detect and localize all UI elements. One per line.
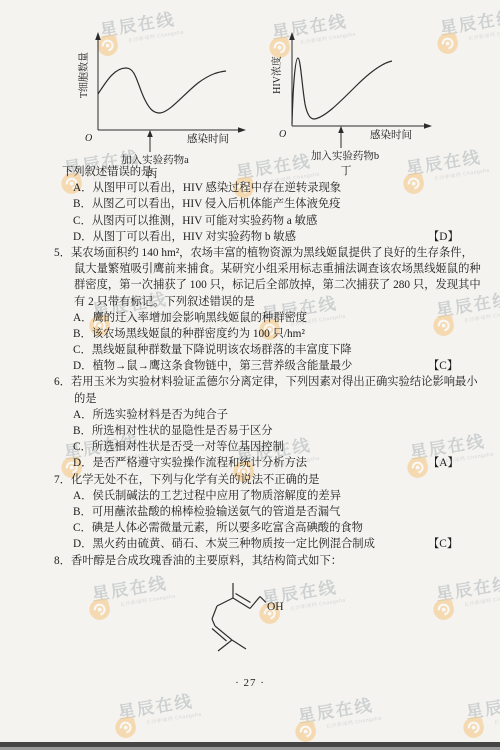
text-line: C．从图丙可以推测，HIV 可能对实验药物 a 敏感 [0, 213, 500, 229]
answer-key: 【A】 [428, 455, 459, 471]
line-text: C．从图丙可以推测，HIV 可能对实验药物 a 敏感 [73, 215, 317, 227]
watermark: 星辰在线 长沙新闻网 Changsha [116, 686, 202, 730]
x-axis-label: 感染时间 [370, 128, 412, 141]
watermark-subtext: 长沙新闻网 Changsha [120, 592, 177, 608]
line-text: C．碘是人体必需微量元素，所以要多吃富含高碘酸的食物 [73, 522, 363, 534]
line-text: 7．化学无处不在，下列与化学有关的说法不正确的是 [54, 474, 319, 486]
exam-page: 星辰在线 长沙新闻网 Changsha 星辰在线 长沙新闻网 Changsha [0, 0, 500, 750]
watermark: 星辰在线 长沙新闻网 Changsha [90, 568, 176, 612]
watermark: 星辰在线 长沙新闻网 Changsha [464, 686, 500, 730]
text-line: C．黑线姬鼠种群数量下降说明该农场群落的丰富度下降 [0, 342, 500, 358]
text-line: B．所选相对性状的显隐性是否易于区分 [0, 423, 500, 439]
y-axis-label: HIV浓度 [270, 56, 283, 94]
brand-logo-icon [433, 28, 464, 63]
hydroxyl-label: OH [267, 601, 284, 613]
text-line: 鼠大量繁殖吸引鹰前来捕食。某研究小组采用标志重捕法调查该农场黑线姬鼠的种 [0, 261, 500, 277]
brand-logo-icon [429, 594, 460, 629]
text-line: D．黑火药由硫黄、硝石、木炭三种物质按一定比例混合制成 【C】 [0, 536, 500, 552]
line-text: B．该农场黑线姬鼠的种群密度约为 100 只/hm² [73, 328, 305, 340]
answer-key: 【C】 [428, 358, 458, 374]
line-text: B．从图乙可以看出，HIV 侵入后机体能产生体液免疫 [73, 198, 340, 210]
y-axis-label: T细胞数量 [77, 52, 90, 98]
figure-bing-tcell-graph: T细胞数量 O 感染时间 加入实验药物a 丙 [76, 30, 251, 185]
text-line: 有 2 只带有标记。下列叙述错误的是 [0, 294, 500, 310]
line-text: A．从图甲可以看出，HIV 感染过程中存在逆转录现象 [73, 182, 341, 194]
line-text: B．所选相对性状的显隐性是否易于区分 [73, 425, 273, 437]
x-axis-label: 感染时间 [187, 132, 229, 145]
text-line: A．鹰的迁入率增加会影响黑线姬鼠的种群密度 [0, 310, 500, 326]
page-number: · 27 · [0, 677, 500, 689]
answer-key: 【C】 [428, 536, 458, 552]
watermark-brand-text: 星辰在线 [464, 686, 500, 724]
text-line: D．从图丁可以看出，HIV 对实验药物 b 敏感 【D】 [0, 229, 500, 245]
line-text: 有 2 只带有标记。下列叙述错误的是 [74, 296, 255, 308]
arrow-up-icon [338, 126, 344, 133]
watermark: 星辰在线 长沙新闻网 Changsha [296, 690, 382, 734]
watermark: 星辰在线 长沙新闻网 Changsha [438, 2, 500, 46]
watermark-subtext: 长沙新闻网 Changsha [468, 26, 500, 42]
line-text: D．是否严格遵守实验操作流程和统计分析方法 [73, 457, 307, 469]
brand-logo-icon [85, 594, 116, 629]
watermark-brand-text: 星辰在线 [90, 568, 175, 606]
watermark-brand-text: 星辰在线 [438, 2, 500, 40]
text-line: D．植物→鼠→鹰这条食物链中，第三营养级含能量最少 【C】 [0, 358, 500, 374]
text-line: 群密度，第一次捕获了 100 只，标记后全部放掉，第二次捕获了 280 只，发现… [0, 277, 500, 293]
question-text-block: 下列叙述错误的是 A．从图甲可以看出，HIV 感染过程中存在逆转录现象 B．从图… [0, 164, 500, 569]
text-line: 7．化学无处不在，下列与化学有关的说法不正确的是 [0, 472, 500, 488]
watermark-brand-text: 星辰在线 [434, 568, 500, 606]
answer-key: 【D】 [428, 229, 459, 245]
watermark-subtext: 长沙新闻网 Changsha [326, 714, 383, 730]
geraniol-structure-diagram: OH [192, 581, 292, 666]
line-text: A．鹰的迁入率增加会影响黑线姬鼠的种群密度 [73, 312, 307, 324]
watermark-subtext: 长沙新闻网 Changsha [290, 596, 347, 612]
watermark-subtext: 长沙新闻网 Changsha [146, 710, 203, 726]
line-text: A．侯氏制碱法的工艺过程中应用了物质溶解度的差异 [73, 490, 341, 502]
origin-label: O [85, 133, 92, 144]
text-line: A．侯氏制碱法的工艺过程中应用了物质溶解度的差异 [0, 488, 500, 504]
text-line: A．所选实验材料是否为纯合子 [0, 407, 500, 423]
line-text: 8．香叶醇是合成玫瑰香油的主要原料，其结构简式如下： [54, 555, 342, 567]
drug-caption: 加入实验药物b [311, 149, 379, 162]
line-text: D．黑火药由硫黄、硝石、木炭三种物质按一定比例混合制成 [73, 538, 375, 550]
text-line: C．碘是人体必需微量元素，所以要多吃富含高碘酸的食物 [0, 520, 500, 536]
text-line: B．该农场黑线姬鼠的种群密度约为 100 只/hm² [0, 326, 500, 342]
watermark-brand-text: 星辰在线 [296, 690, 381, 728]
text-line: B．从图乙可以看出，HIV 侵入后机体能产生体液免疫 [0, 196, 500, 212]
line-text: 的是 [74, 393, 97, 405]
text-line: D．是否严格遵守实验操作流程和统计分析方法 【A】 [0, 455, 500, 471]
text-line: C．所选相对性状是否受一对等位基因控制 [0, 439, 500, 455]
line-text: 鼠大量繁殖吸引鹰前来捕食。某研究小组采用标志重捕法调查该农场黑线姬鼠的种 [74, 263, 481, 275]
line-text: B．可用蘸浓盐酸的棉棒检验输送氨气的管道是否漏气 [73, 506, 340, 518]
watermark-subtext: 长沙新闻网 Changsha [494, 710, 500, 726]
line-text: A．所选实验材料是否为纯合子 [73, 409, 228, 421]
figure-ding-hiv-graph: HIV浓度 O 感染时间 加入实验药物b 丁 [266, 28, 436, 185]
text-line: 8．香叶醇是合成玫瑰香油的主要原料，其结构简式如下： [0, 553, 500, 569]
text-line: B．可用蘸浓盐酸的棉棒检验输送氨气的管道是否漏气 [0, 504, 500, 520]
text-line: 6．若用玉米为实验材料验证孟德尔分离定律，下列因素对得出正确实验结论影响最小 [0, 374, 500, 390]
line-text: 群密度，第一次捕获了 100 只，标记后全部放掉，第二次捕获了 280 只，发现… [74, 279, 481, 291]
line-text: D．从图丁可以看出，HIV 对实验药物 b 敏感 [73, 231, 296, 243]
watermark: 星辰在线 长沙新闻网 Changsha [434, 568, 500, 612]
line-text: 下列叙述错误的是 [62, 166, 152, 178]
line-text: C．黑线姬鼠种群数量下降说明该农场群落的丰富度下降 [73, 344, 352, 356]
line-text: 6．若用玉米为实验材料验证孟德尔分离定律，下列因素对得出正确实验结论影响最小 [54, 376, 478, 388]
line-text: D．植物→鼠→鹰这条食物链中，第三营养级含能量最少 [73, 360, 352, 372]
text-line: 5．某农场面积约 140 hm²，农场丰富的植物资源为黑线姬鼠提供了良好的生存条… [0, 245, 500, 261]
text-line: 下列叙述错误的是 [0, 164, 500, 180]
watermark-brand-text: 星辰在线 [116, 686, 201, 724]
text-line: A．从图甲可以看出，HIV 感染过程中存在逆转录现象 [0, 180, 500, 196]
line-text: C．所选相对性状是否受一对等位基因控制 [73, 441, 284, 453]
watermark-subtext: 长沙新闻网 Changsha [464, 592, 500, 608]
text-line: 的是 [0, 391, 500, 407]
arrow-up-icon [147, 130, 153, 137]
origin-label: O [279, 129, 286, 140]
line-text: 5．某农场面积约 140 hm²，农场丰富的植物资源为黑线姬鼠提供了良好的生存条… [54, 247, 473, 259]
